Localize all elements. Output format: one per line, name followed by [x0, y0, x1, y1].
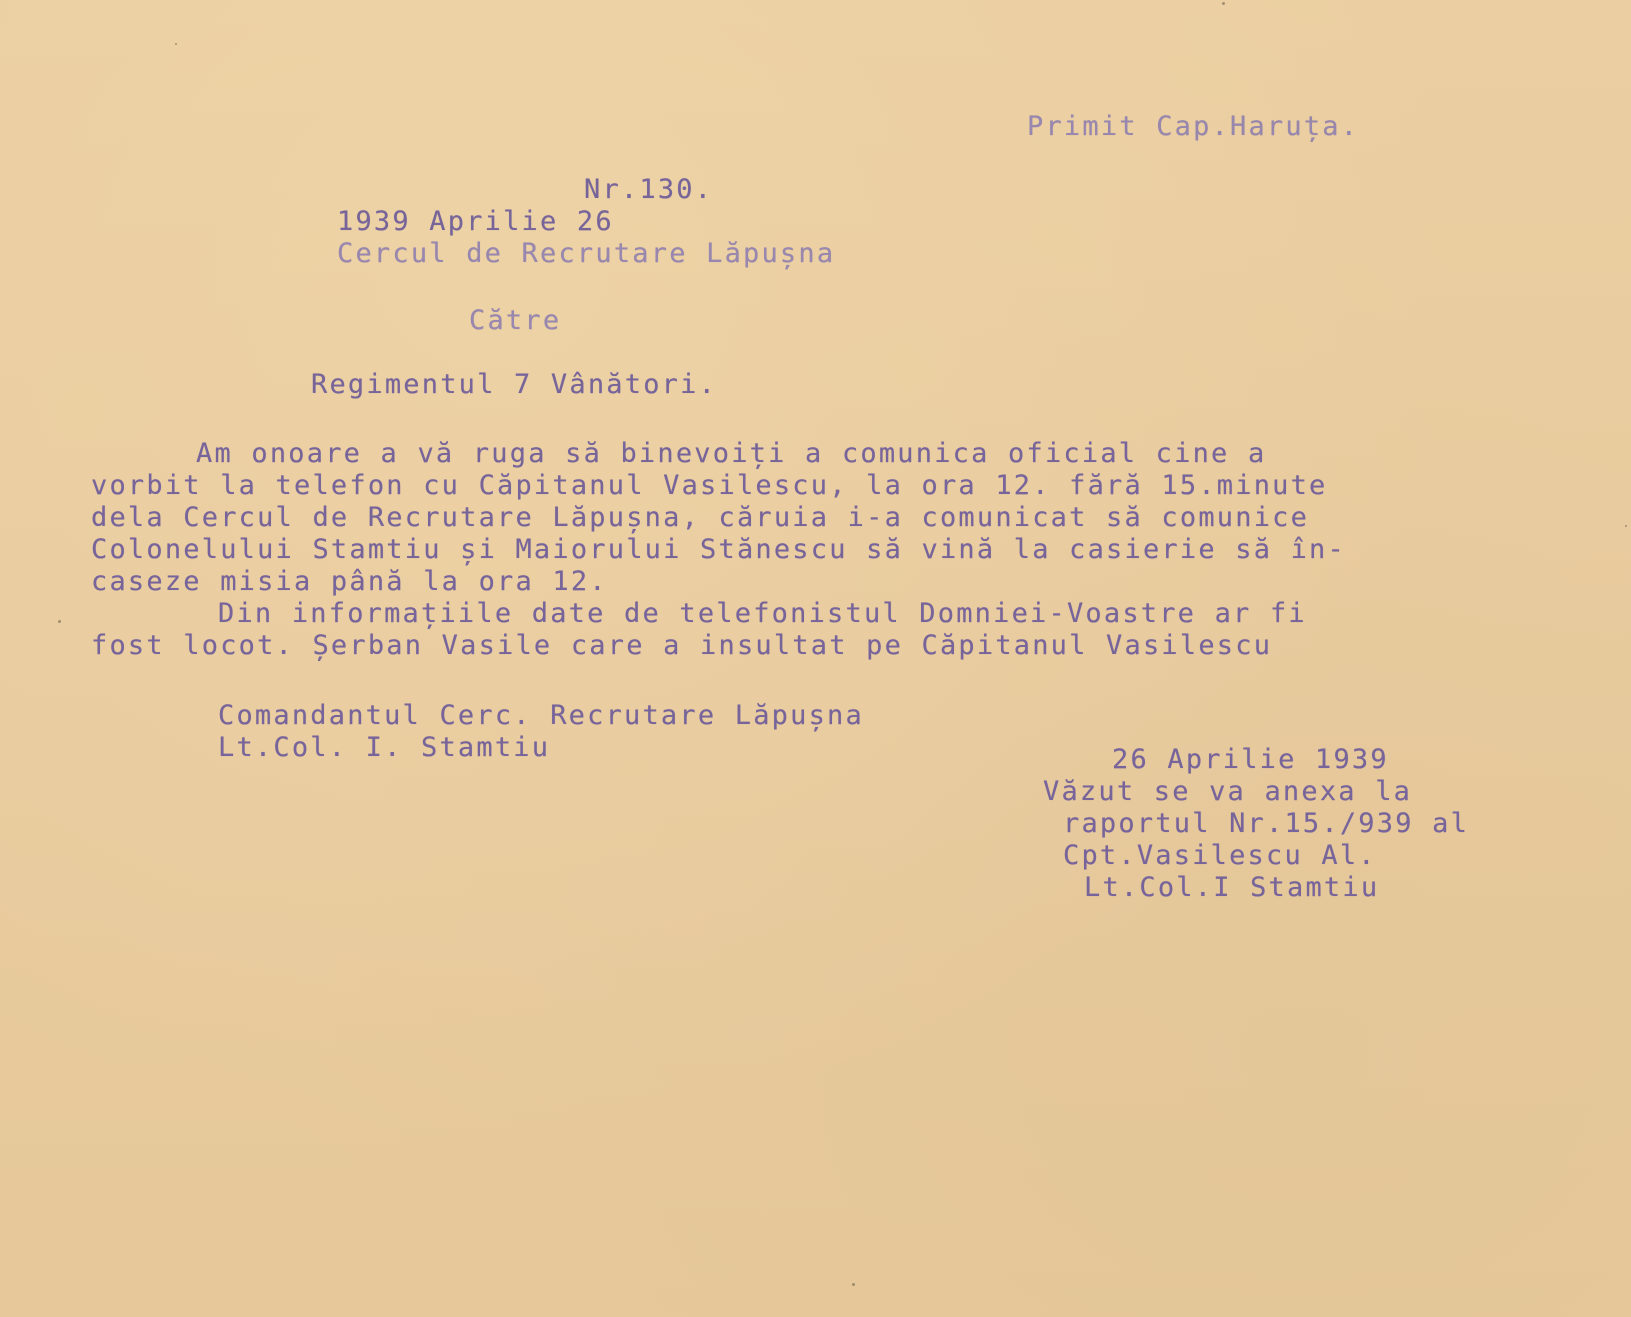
paper-speck: [1625, 525, 1627, 527]
paper-speck: [58, 620, 61, 623]
body-line: fost locot. Șerban Vasile care a insulta…: [91, 629, 1272, 662]
recipient: Regimentul 7 Vânători.: [311, 368, 717, 401]
document-number: Nr.130.: [584, 173, 713, 206]
body-line: Am onoare a vă ruga să binevoiți a comun…: [196, 437, 1266, 470]
document-page: Primit Cap.Haruța. Nr.130. 1939 Aprilie …: [0, 0, 1631, 1317]
annotation-line: Văzut se va anexa la: [1043, 775, 1412, 808]
document-date: 1939 Aprilie 26: [337, 205, 614, 238]
signature-title: Comandantul Cerc. Recrutare Lăpușna: [218, 699, 864, 732]
to-label: Către: [469, 304, 561, 337]
body-line: Colonelului Stamtiu și Maiorului Stănesc…: [91, 533, 1346, 566]
signature-name: Lt.Col. I. Stamtiu: [218, 731, 550, 764]
body-line: dela Cercul de Recrutare Lăpușna, căruia…: [91, 501, 1309, 534]
body-line: vorbit la telefon cu Căpitanul Vasilescu…: [91, 469, 1328, 502]
annotation-line: Cpt.Vasilescu Al.: [1063, 839, 1377, 872]
received-note: Primit Cap.Haruța.: [1027, 110, 1359, 143]
body-line: Din informațiile date de telefonistul Do…: [218, 597, 1307, 630]
paper-speck: [175, 43, 177, 45]
annotation-date: 26 Aprilie 1939: [1112, 743, 1389, 776]
paper-speck: [852, 1283, 855, 1286]
annotation-signature: Lt.Col.I Stamtiu: [1084, 871, 1379, 904]
sender-office: Cercul de Recrutare Lăpușna: [337, 237, 835, 270]
body-line: caseze misia până la ora 12.: [91, 565, 608, 598]
paper-speck: [1222, 2, 1225, 5]
annotation-line: raportul Nr.15./939 al: [1063, 807, 1469, 840]
